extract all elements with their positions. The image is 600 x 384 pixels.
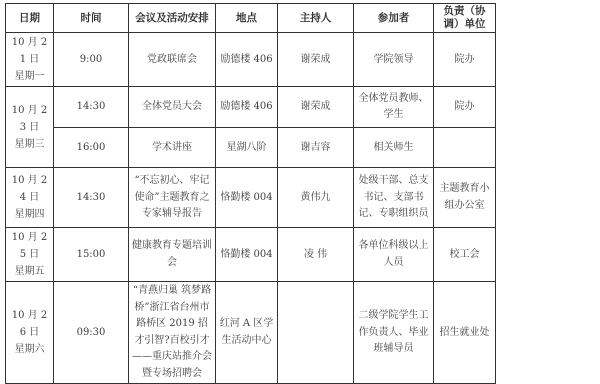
event-cell: 健康教育专题培训会 bbox=[129, 228, 216, 282]
location-cell: 红河 A 区学生活动中心 bbox=[216, 282, 278, 384]
unit-cell: 校工会 bbox=[434, 228, 496, 282]
table-row: 10 月 24 日 星期四 14:30 “不忘初心、牢记使命”主题教育之专家辅导… bbox=[6, 168, 496, 228]
host-cell: 谢荣成 bbox=[278, 87, 354, 128]
time-cell: 14:30 bbox=[54, 87, 129, 128]
date-cell: 10 月 23 日 星期三 bbox=[6, 87, 54, 168]
date-text: 10 月 25 日 bbox=[9, 229, 50, 263]
host-cell bbox=[278, 282, 354, 384]
host-cell: 谢吉容 bbox=[278, 128, 354, 168]
participants-cell: 学院领导 bbox=[354, 33, 434, 87]
time-cell: 09:30 bbox=[54, 282, 129, 384]
date-cell: 10 月 25 日 星期五 bbox=[6, 228, 54, 282]
unit-cell: 院办 bbox=[434, 33, 496, 87]
schedule-table: 日期 时间 会议及活动安排 地点 主持人 参加者 负责（协调）单位 10 月 2… bbox=[5, 3, 496, 384]
header-cell-participants: 参加者 bbox=[354, 4, 434, 33]
table-row: 10 月 25 日 星期五 15:00 健康教育专题培训会 恪勤楼 004 凌 … bbox=[6, 228, 496, 282]
participants-cell: 相关师生 bbox=[354, 128, 434, 168]
unit-cell bbox=[434, 128, 496, 168]
time-cell: 14:30 bbox=[54, 168, 129, 228]
host-cell: 黄伟九 bbox=[278, 168, 354, 228]
weekday-text: 星期三 bbox=[9, 136, 50, 153]
weekday-text: 星期六 bbox=[9, 341, 50, 358]
date-cell: 10 月 21 日 星期一 bbox=[6, 33, 54, 87]
participants-cell: 全体党员教师、学生 bbox=[354, 87, 434, 128]
date-text: 10 月 23 日 bbox=[9, 102, 50, 136]
weekday-text: 星期五 bbox=[9, 263, 50, 280]
table-row: 10 月 21 日 星期一 9:00 党政联席会 励德楼 406 谢荣成 学院领… bbox=[6, 33, 496, 87]
participants-cell: 各单位科级以上人员 bbox=[354, 228, 434, 282]
time-cell: 9:00 bbox=[54, 33, 129, 87]
host-cell: 凌 伟 bbox=[278, 228, 354, 282]
participants-cell: 二级学院学生工作负责人、毕业班辅导员 bbox=[354, 282, 434, 384]
event-cell: 学术讲座 bbox=[129, 128, 216, 168]
document-page: 日期 时间 会议及活动安排 地点 主持人 参加者 负责（协调）单位 10 月 2… bbox=[0, 0, 600, 329]
date-text: 10 月 24 日 bbox=[9, 172, 50, 206]
table-row: 16:00 学术讲座 星湖八阶 谢吉容 相关师生 bbox=[6, 128, 496, 168]
header-cell-event: 会议及活动安排 bbox=[129, 4, 216, 33]
table-row: 10 月 23 日 星期三 14:30 全体党员大会 励德楼 406 谢荣成 全… bbox=[6, 87, 496, 128]
date-cell: 10 月 26 日 星期六 bbox=[6, 282, 54, 384]
participants-cell: 处级干部、总支书记、支部书记、专职组织员 bbox=[354, 168, 434, 228]
table-row: 10 月 26 日 星期六 09:30 “青燕归巢 筑梦路桥”浙江省台州市路桥区… bbox=[6, 282, 496, 384]
host-cell: 谢荣成 bbox=[278, 33, 354, 87]
header-row: 日期 时间 会议及活动安排 地点 主持人 参加者 负责（协调）单位 bbox=[6, 4, 496, 33]
time-cell: 16:00 bbox=[54, 128, 129, 168]
event-cell: 党政联席会 bbox=[129, 33, 216, 87]
date-cell: 10 月 24 日 星期四 bbox=[6, 168, 54, 228]
time-cell: 15:00 bbox=[54, 228, 129, 282]
header-cell-unit: 负责（协调）单位 bbox=[434, 4, 496, 33]
header-cell-time: 时间 bbox=[54, 4, 129, 33]
location-cell: 恪勤楼 004 bbox=[216, 168, 278, 228]
header-cell-location: 地点 bbox=[216, 4, 278, 33]
header-cell-host: 主持人 bbox=[278, 4, 354, 33]
unit-cell: 主题教育小组办公室 bbox=[434, 168, 496, 228]
event-cell: “不忘初心、牢记使命”主题教育之专家辅导报告 bbox=[129, 168, 216, 228]
event-cell: “青燕归巢 筑梦路桥”浙江省台州市路桥区 2019 招才引智?百校引才——重庆站… bbox=[129, 282, 216, 384]
location-cell: 星湖八阶 bbox=[216, 128, 278, 168]
weekday-text: 星期四 bbox=[9, 206, 50, 223]
weekday-text: 星期一 bbox=[9, 68, 50, 85]
location-cell: 恪勤楼 004 bbox=[216, 228, 278, 282]
date-text: 10 月 26 日 bbox=[9, 307, 50, 341]
location-cell: 励德楼 406 bbox=[216, 87, 278, 128]
event-cell: 全体党员大会 bbox=[129, 87, 216, 128]
date-text: 10 月 21 日 bbox=[9, 34, 50, 68]
unit-cell: 招生就业处 bbox=[434, 282, 496, 384]
unit-cell: 院办 bbox=[434, 87, 496, 128]
header-cell-date: 日期 bbox=[6, 4, 54, 33]
location-cell: 励德楼 406 bbox=[216, 33, 278, 87]
